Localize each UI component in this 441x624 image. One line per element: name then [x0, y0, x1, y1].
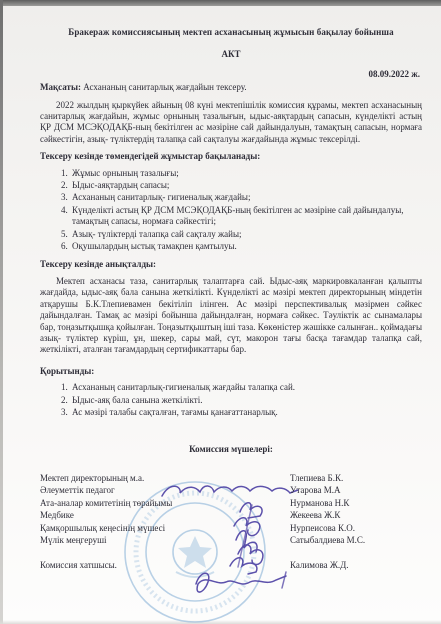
member-role: Мүлік меңгеруші — [40, 535, 290, 546]
observed-item: Ыдыс-аяқтардың сапасы; — [70, 180, 422, 191]
conclusion-item: Ыдыс-аяқ бала санына жеткілікті. — [70, 395, 422, 406]
scan-edge-top — [0, 0, 441, 6]
scanned-act-document: Бракераж комиссиясының мектеп асханасыны… — [0, 0, 441, 624]
observed-item: Асхананың санитарлық- гигиеналық жағдайы… — [70, 192, 422, 203]
conclusion-list: Асхананың санитарлық-гигиеналық жағдайы … — [40, 382, 422, 418]
document-date: 08.09.2022 ж. — [40, 69, 422, 80]
commission-member-row: Әлеуметтік педагог Утарова М.А — [40, 485, 422, 498]
member-name: Утарова М.А — [290, 485, 341, 496]
commission-heading: Комиссия мүшелері: — [40, 444, 422, 455]
document-type-heading: АКТ — [40, 49, 422, 60]
observed-item: Күнделікті астың ҚР ДСМ МСЭҚОДАҚБ-ның бе… — [70, 205, 422, 228]
observed-item: Азық- түліктерді талапқа сай сақталу жай… — [70, 229, 422, 240]
secretary-role: Комиссия хатшысы. — [40, 560, 290, 571]
purpose-line: Мақсаты: Асхананың санитарлық жағдайын т… — [40, 82, 422, 93]
scan-edge-left — [0, 0, 3, 624]
member-role: Қамқоршылық кеңесінің мүшесі — [40, 523, 290, 534]
findings-paragraph: Мектеп асханасы таза, санитарлық талапта… — [40, 276, 422, 356]
commission-secretary-row: Комиссия хатшысы. Калимова Ж.Д. — [40, 560, 422, 573]
purpose-label: Мақсаты: — [40, 82, 81, 92]
conclusion-item: Асхананың санитарлық-гигиеналық жағдайы … — [70, 382, 422, 393]
commission-member-row: Ата-аналар комитетінің төрайымы Нурманов… — [40, 498, 422, 511]
commission-member-row: Мүлік меңгеруші Сатыбалдиева М.С. — [40, 535, 422, 548]
member-name: Сатыбалдиева М.С. — [290, 535, 365, 546]
secretary-name: Калимова Ж.Д. — [290, 560, 349, 571]
member-role: Мектеп директорының м.а. — [40, 473, 290, 484]
observed-heading: Тексеру кезінде төмендегідей жұмыстар ба… — [40, 151, 422, 162]
member-role: Әлеуметтік педагог — [40, 485, 290, 496]
member-name: Нурманова Н.К — [290, 498, 349, 509]
commission-members-list: Мектеп директорының м.а. Тлепиева Б.К. Ә… — [40, 473, 422, 573]
scan-edge-bottom — [0, 620, 441, 624]
findings-heading: Тексеру кезінде анықталды: — [40, 259, 422, 270]
member-name: Тлепиева Б.К. — [290, 473, 343, 484]
member-name: Жекеева Ж.К — [290, 510, 340, 521]
intro-paragraph: 2022 жылдың қыркүйек айының 08 күні мект… — [40, 100, 422, 146]
commission-member-row: Мектеп директорының м.а. Тлепиева Б.К. — [40, 473, 422, 486]
member-name: Нурпеисова К.О. — [290, 523, 355, 534]
observed-item: Жұмыс орнының тазалығы; — [70, 168, 422, 179]
document-title: Бракераж комиссиясының мектеп асханасыны… — [40, 27, 422, 38]
commission-member-row: Қамқоршылық кеңесінің мүшесі Нурпеисова … — [40, 523, 422, 536]
member-role: Медбике — [40, 510, 290, 521]
conclusion-heading: Қорытынды: — [40, 366, 422, 377]
commission-member-row: Медбике Жекеева Ж.К — [40, 510, 422, 523]
document-body: Бракераж комиссиясының мектеп асханасыны… — [40, 27, 422, 572]
observed-item: Оқушылардың ыстық тамақпен қамтылуы. — [70, 241, 422, 252]
conclusion-item: Ас мәзірі талабы сақталған, тағамы қанағ… — [70, 407, 422, 418]
purpose-text: Асхананың санитарлық жағдайын тексеру. — [81, 82, 247, 92]
member-role: Ата-аналар комитетінің төрайымы — [40, 498, 290, 509]
observed-list: Жұмыс орнының тазалығы; Ыдыс-аяқтардың с… — [40, 168, 422, 253]
